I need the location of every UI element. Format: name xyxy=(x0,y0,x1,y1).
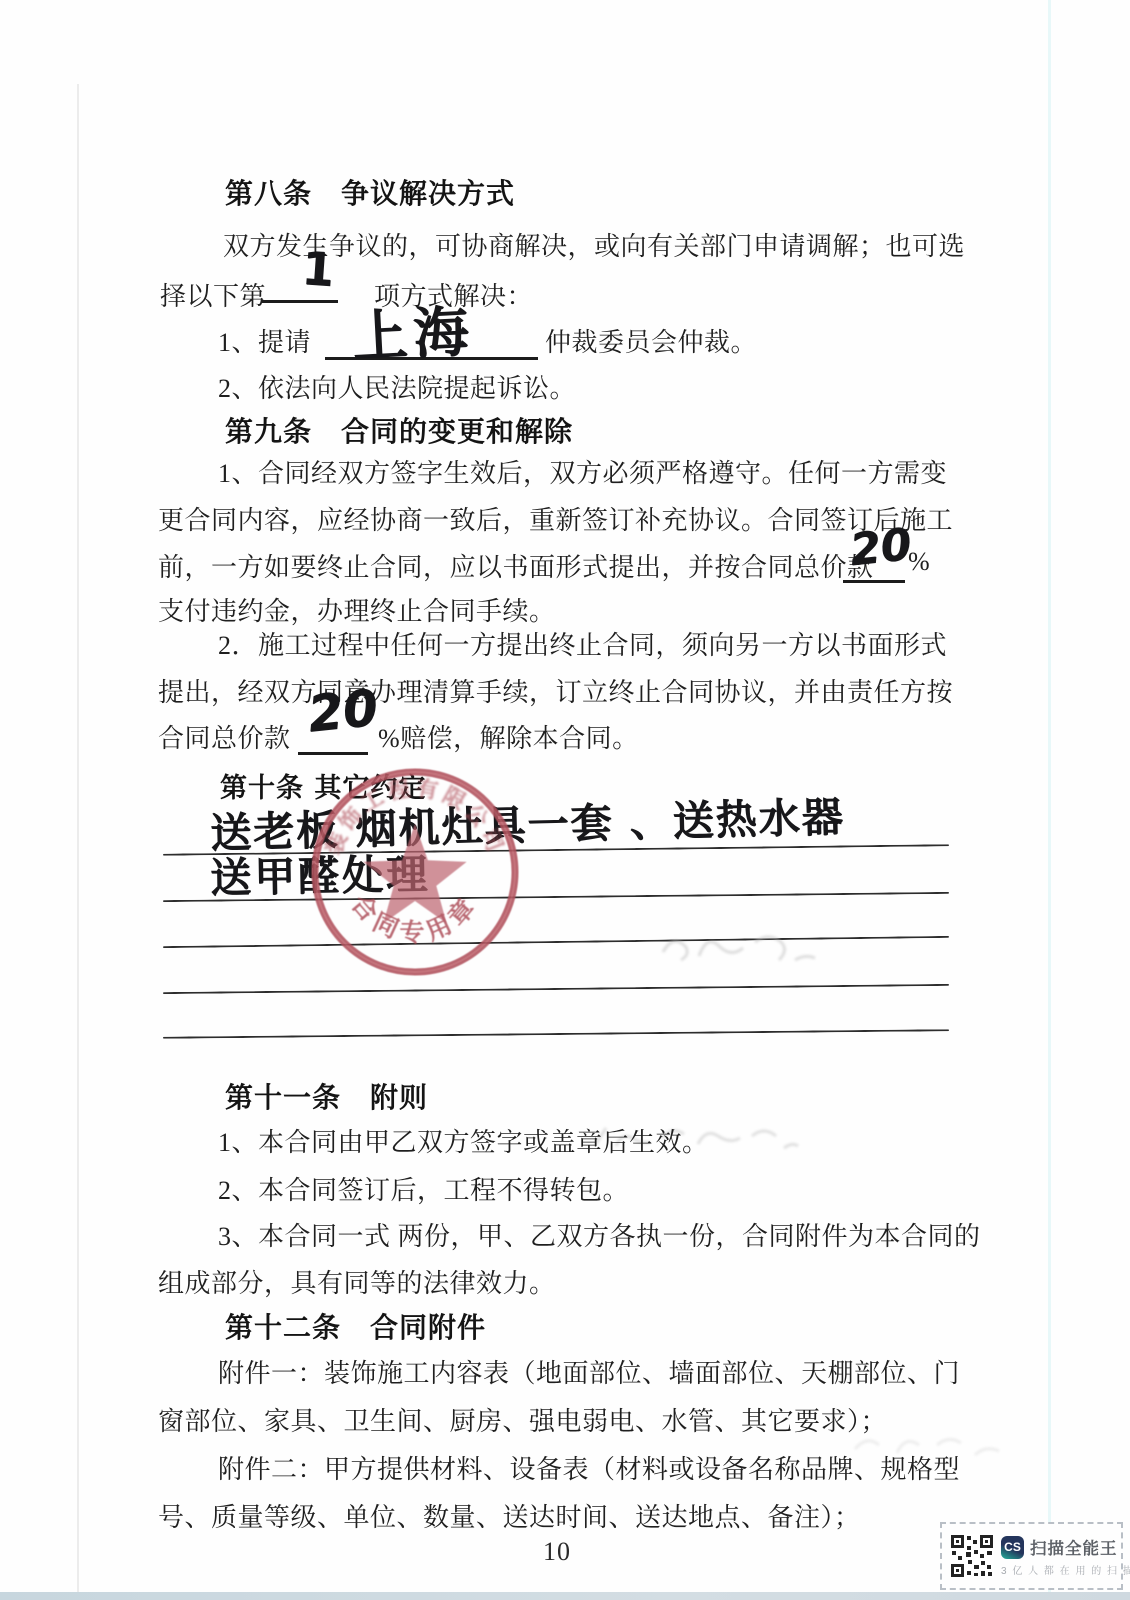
article9-p2-line2: 提出，经双方同意办理清算手续，订立终止合同协议，并由责任方按 xyxy=(158,672,953,709)
article12-attachment2-line1: 附件二：甲方提供材料、设备表（材料或设备名称品牌、规格型 xyxy=(218,1449,960,1486)
handwritten-dispute-option: 1 xyxy=(300,241,336,297)
article9-heading: 第九条 合同的变更和解除 xyxy=(225,410,573,450)
camscanner-watermark: CS 扫描全能王 3 亿 人 都 在 用 的 扫 描 App xyxy=(940,1522,1123,1590)
article11-item1: 1、本合同由甲乙双方签字或盖章后生效。 xyxy=(218,1122,709,1159)
scanner-stripe xyxy=(1048,0,1051,1592)
handwritten-penalty-percent-2: 20 xyxy=(305,679,380,744)
article11-item3-line2: 组成部分，具有同等的法律效力。 xyxy=(158,1263,556,1300)
article9-p2-line3-pre: 合同总价款 xyxy=(158,718,291,755)
article12-heading: 第十二条 合同附件 xyxy=(225,1306,486,1346)
page-number: 10 xyxy=(543,1537,571,1567)
camscanner-tagline: 3 亿 人 都 在 用 的 扫 描 App xyxy=(1001,1562,1130,1577)
article9-p2-line3-post: %赔偿，解除本合同。 xyxy=(378,718,639,755)
article12-attachment2-line2: 号、质量等级、单位、数量、送达时间、送达地点、备注）； xyxy=(158,1497,861,1534)
article12-attachment1-line2: 窗部位、家具、卫生间、厨房、强电弱电、水管、其它要求）； xyxy=(158,1401,887,1438)
handwritten-penalty-percent-1: 20 xyxy=(848,519,914,576)
ruled-line-4 xyxy=(163,984,949,994)
page-edge-line xyxy=(77,84,79,1600)
article9-p1-line3: 前，一方如要终止合同，应以书面形式提出，并按合同总价款 xyxy=(158,547,874,584)
article11-heading: 第十一条 附则 xyxy=(225,1076,428,1116)
article9-p1-line1: 1、合同经双方签字生效后，双方必须严格遵守。任何一方需变 xyxy=(218,453,947,490)
contract-seal-stamp: 装饰工程有限公司 合同专用章 xyxy=(305,760,525,984)
qr-code-icon xyxy=(950,1534,994,1578)
article8-paragraph-line2-pre: 择以下第 xyxy=(160,276,266,313)
scanner-edge-strip xyxy=(0,1592,1130,1600)
blank-underline-option xyxy=(262,300,338,303)
article12-attachment1-line1: 附件一：装饰施工内容表（地面部位、墙面部位、天棚部位、门 xyxy=(218,1353,960,1390)
ruled-line-5 xyxy=(163,1029,949,1039)
article11-item2: 2、本合同签订后，工程不得转包。 xyxy=(218,1170,629,1207)
camscanner-logo: CS xyxy=(1001,1536,1024,1559)
article9-p2-line1: 2．施工过程中任何一方提出终止合同，须向另一方以书面形式 xyxy=(218,625,947,662)
bleedthrough-mark xyxy=(655,912,825,984)
article8-item2: 2、依法向人民法院提起诉讼。 xyxy=(218,368,576,405)
article8-heading: 第八条 争议解决方式 xyxy=(225,172,515,212)
article9-p1-line2: 更合同内容，应经协商一致后，重新签订补充协议。合同签订后施工 xyxy=(158,500,953,537)
article11-item3-line1: 3、本合同一式 两份，甲、乙双方各执一份，合同附件为本合同的 xyxy=(218,1216,981,1253)
ruled-line-3 xyxy=(163,936,949,948)
article9-p1-line3-pct: % xyxy=(908,547,930,577)
blank-underline-percent-2 xyxy=(298,752,368,755)
scanned-contract-page: 第八条 争议解决方式 双方发生争议的，可协商解决，或向有关部门申请调解；也可选 … xyxy=(0,0,1130,1600)
article8-item1-pre: 1、提请 xyxy=(218,322,311,359)
camscanner-app-name: 扫描全能王 xyxy=(1030,1535,1118,1559)
article8-item1-post: 仲裁委员会仲裁。 xyxy=(545,322,757,359)
article9-p1-line4: 支付违约金，办理终止合同手续。 xyxy=(158,591,556,628)
handwritten-arbitration-city: 上海 xyxy=(350,287,476,372)
blank-underline-percent-1 xyxy=(843,580,905,583)
